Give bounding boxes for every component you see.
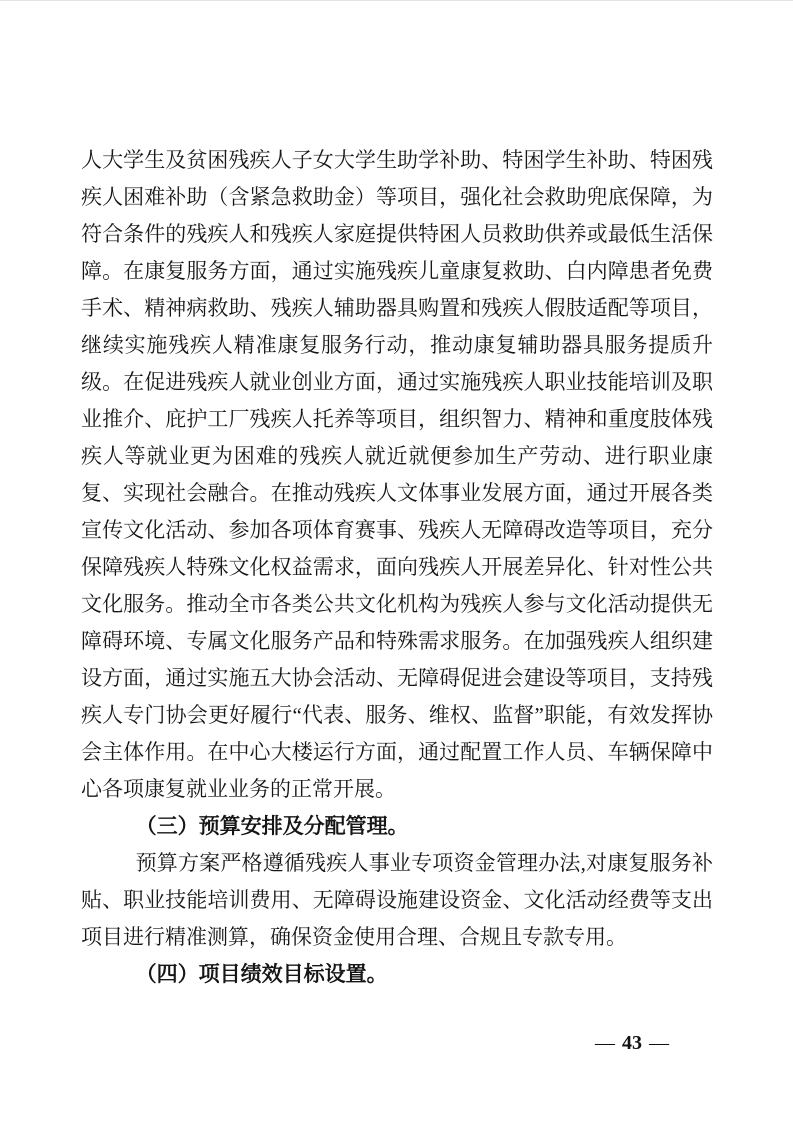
document-body: 人大学生及贫困残疾人子女大学生助学补助、特困学生补助、特困残疾人困难补助（含紧急… (81, 142, 713, 993)
document-page: 人大学生及贫困残疾人子女大学生助学补助、特困学生补助、特困残疾人困难补助（含紧急… (0, 0, 793, 1122)
paragraph: 人大学生及贫困残疾人子女大学生助学补助、特困学生补助、特困残疾人困难补助（含紧急… (81, 142, 713, 808)
section-heading: （四）项目绩效目标设置。 (81, 956, 713, 993)
page-footer: —43— (81, 1032, 713, 1055)
footer-dash-right: — (649, 1032, 669, 1054)
section-heading: （三）预算安排及分配管理。 (81, 808, 713, 845)
footer-dash-left: — (595, 1032, 615, 1054)
paragraph: 预算方案严格遵循残疾人事业专项资金管理办法,对康复服务补贴、职业技能培训费用、无… (81, 845, 713, 956)
page-number: 43 (622, 1032, 642, 1054)
